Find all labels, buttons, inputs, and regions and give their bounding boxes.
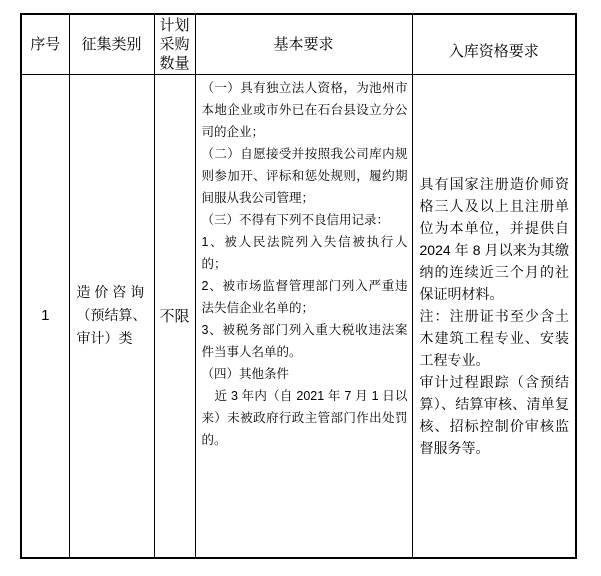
document-page: 序号 征集类别 计划采购数量 基本要求 入库资格要求 1	[0, 0, 601, 576]
header-qualification-requirements: 入库资格要求	[412, 14, 576, 74]
header-category: 征集类别	[69, 14, 154, 74]
qualification-requirement-item: 注：注册证书至少含土木建筑工程专业、安装工程专业。	[420, 305, 570, 371]
table-header-row: 序号 征集类别 计划采购数量 基本要求 入库资格要求	[21, 14, 576, 74]
basic-requirement-item: 近 3 年内（自 2021 年 7 月 1 日以来）未被政府行政主管部门作出处罚…	[202, 385, 408, 451]
cell-basic-requirements: （一）具有独立法人资格，为池州市本地企业或市外已在石台县设立分公司的企业； （二…	[195, 74, 412, 558]
category-line: 造 价 咨 询	[77, 281, 151, 304]
qualification-requirement-item: 具有国家注册造价师资格三人及以上且注册单位为本单位，并提供自 2024 年 8 …	[420, 173, 570, 305]
basic-requirement-item: （三）不得有下列不良信用记录：	[202, 209, 408, 231]
qualification-requirement-item: 审计过程跟踪（含预结算）、结算审核、清单复核、招标控制价审核监督服务等。	[420, 371, 570, 459]
basic-requirement-item: 3、被税务部门列入重大税收违法案件当事人名单的。	[202, 319, 408, 363]
basic-requirement-item: （二）自愿接受并按照我公司库内规则参加开、评标和惩处规则，履约期间服从我公司管理…	[202, 143, 408, 209]
header-quantity-label: 计划采购数量	[159, 17, 189, 72]
basic-requirement-item: 1、被人民法院列入失信被执行人的；	[202, 231, 408, 275]
category-line: 审计）类	[77, 327, 151, 350]
header-qualification-requirements-label: 入库资格要求	[449, 42, 539, 61]
header-basic-requirements-label: 基本要求	[273, 36, 333, 53]
cell-quantity: 不限	[154, 74, 195, 558]
header-category-label: 征集类别	[81, 36, 141, 53]
cell-category: 造 价 咨 询 （预结算、 审计）类	[69, 74, 154, 558]
category-line: （预结算、	[77, 304, 151, 327]
basic-requirement-item: 2、被市场监督管理部门列入严重违法失信企业名单的；	[202, 275, 408, 319]
basic-requirement-item: （四）其他条件	[202, 363, 408, 385]
procurement-table: 序号 征集类别 计划采购数量 基本要求 入库资格要求 1	[20, 13, 577, 559]
cell-qualification-requirements: 具有国家注册造价师资格三人及以上且注册单位为本单位，并提供自 2024 年 8 …	[412, 74, 576, 558]
basic-requirement-item: （一）具有独立法人资格，为池州市本地企业或市外已在石台县设立分公司的企业；	[202, 77, 408, 143]
header-seq: 序号	[21, 14, 69, 74]
table-row: 1 造 价 咨 询 （预结算、 审计）类 不限 （一）具有独立法人资格，为池州市…	[21, 74, 576, 558]
header-seq-label: 序号	[30, 36, 60, 53]
header-quantity: 计划采购数量	[154, 14, 195, 74]
cell-seq: 1	[21, 74, 69, 558]
header-basic-requirements: 基本要求	[195, 14, 412, 74]
